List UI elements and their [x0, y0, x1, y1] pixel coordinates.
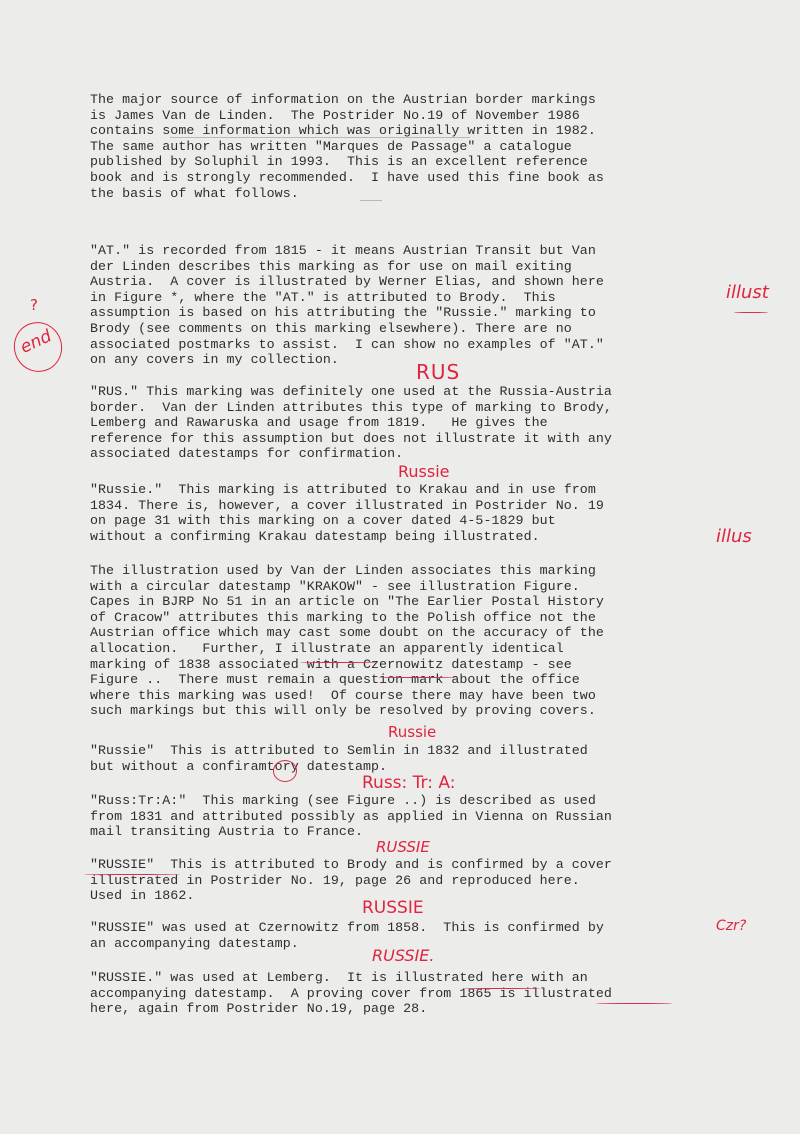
underline-illustrated-brody: [84, 874, 180, 875]
text-line: "RUSSIE" was used at Czernowitz from 185…: [90, 920, 702, 936]
text-line: "Russie" This is attributed to Semlin in…: [90, 743, 702, 759]
text-line: where this marking was used! Of course t…: [90, 688, 702, 704]
text-line: such markings but this will only be reso…: [90, 703, 702, 719]
text-line: Austria. A cover is illustrated by Werne…: [90, 274, 702, 290]
text-line: accompanying datestamp. A proving cover …: [90, 986, 702, 1002]
text-line: published by Soluphil in 1993. This is a…: [90, 154, 702, 170]
text-line: "AT." is recorded from 1815 - it means A…: [90, 243, 702, 259]
text-line: allocation. Further, I illustrate an app…: [90, 641, 702, 657]
paragraph-russie-semlin: "Russie" This is attributed to Semlin in…: [90, 743, 702, 774]
text-line: without a confirming Krakau datestamp be…: [90, 529, 702, 545]
text-line: Lemberg and Rawaruska and usage from 181…: [90, 415, 702, 431]
annotation-rus: RUS: [416, 360, 460, 384]
paragraph-intro: The major source of information on the A…: [90, 92, 702, 201]
text-line: "RUSSIE." was used at Lemberg. It is ill…: [90, 970, 702, 986]
text-line: reference for this assumption but does n…: [90, 431, 702, 447]
annotation-russie-4: RUSSIE: [362, 898, 424, 918]
annotation-question-mark: ?: [30, 296, 38, 314]
underline-czernowitz: [378, 677, 456, 678]
text-line: "RUSSIE" This is attributed to Brody and…: [90, 857, 702, 873]
text-line: with a circular datestamp "KRAKOW" - see…: [90, 579, 702, 595]
text-line: The same author has written "Marques de …: [90, 139, 702, 155]
paragraph-russie-lemberg: "RUSSIE." was used at Lemberg. It is ill…: [90, 970, 702, 1017]
paragraph-illustration-krakow: The illustration used by Van der Linden …: [90, 563, 702, 719]
text-line: assumption is based on his attributing t…: [90, 305, 702, 321]
text-line: associated postmarks to assist. I can sh…: [90, 337, 702, 353]
text-line: on any covers in my collection.: [90, 352, 702, 368]
text-line: in Figure *, where the "AT." is attribut…: [90, 290, 702, 306]
text-line: The major source of information on the A…: [90, 92, 702, 108]
paragraph-russie-krakau: "Russie." This marking is attributed to …: [90, 482, 702, 544]
annotation-russie-5: RUSSIE.: [372, 946, 434, 965]
text-line: "Russie." This marking is attributed to …: [90, 482, 702, 498]
text-line: marking of 1838 associated with a Czerno…: [90, 657, 702, 673]
paragraph-rus-marking: "RUS." This marking was definitely one u…: [90, 384, 702, 462]
document-page: The major source of information on the A…: [0, 0, 800, 1134]
annotation-russie-1: Russie: [398, 462, 450, 481]
annotation-illust-underline: [734, 312, 768, 313]
text-line: but without a confiramtory datestamp.: [90, 759, 702, 775]
annotation-russie-2: Russie: [388, 723, 436, 741]
text-line: "RUS." This marking was definitely one u…: [90, 384, 702, 400]
text-line: 1834. There is, however, a cover illustr…: [90, 498, 702, 514]
text-line: Capes in BJRP No 51 in an article on "Th…: [90, 594, 702, 610]
text-line: is James Van de Linden. The Postrider No…: [90, 108, 702, 124]
text-line: Figure .. There must remain a question m…: [90, 672, 702, 688]
paragraph-at-marking: "AT." is recorded from 1815 - it means A…: [90, 243, 702, 368]
text-line: book and is strongly recommended. I have…: [90, 170, 702, 186]
text-line: "Russ:Tr:A:" This marking (see Figure ..…: [90, 793, 702, 809]
text-line: the basis of what follows.: [90, 186, 702, 202]
underline-illustrated-lemberg-1: [464, 988, 540, 989]
text-line: The illustration used by Van der Linden …: [90, 563, 702, 579]
text-line: from 1831 and attributed possibly as app…: [90, 809, 702, 825]
text-line: illustrated in Postrider No. 19, page 26…: [90, 873, 702, 889]
underline-illustrated-lemberg-2: [596, 1003, 672, 1004]
scan-line: [170, 137, 470, 138]
text-line: der Linden describes this marking as for…: [90, 259, 702, 275]
paragraph-russie-brody: "RUSSIE" This is attributed to Brody and…: [90, 857, 702, 904]
text-line: border. Van der Linden attributes this t…: [90, 400, 702, 416]
annotation-illust: illust: [726, 282, 769, 303]
text-line: Brody (see comments on this marking else…: [90, 321, 702, 337]
text-line: associated datestamps for confirmation.: [90, 446, 702, 462]
scan-line: [360, 200, 382, 201]
paragraph-russ-tr-a: "Russ:Tr:A:" This marking (see Figure ..…: [90, 793, 702, 840]
annotation-russ-tr-a: Russ: Tr: A:: [362, 773, 455, 793]
annotation-illus: illus: [716, 526, 752, 547]
underline-illustrate: [300, 662, 378, 663]
text-line: Austrian office which may cast some doub…: [90, 625, 702, 641]
annotation-russie-3: RUSSIE: [376, 838, 430, 856]
text-line: on page 31 with this marking on a cover …: [90, 513, 702, 529]
annotation-typo-circle: [273, 760, 297, 782]
annotation-czr-question: Czr?: [716, 918, 746, 934]
text-line: of Cracow" attributes this marking to th…: [90, 610, 702, 626]
